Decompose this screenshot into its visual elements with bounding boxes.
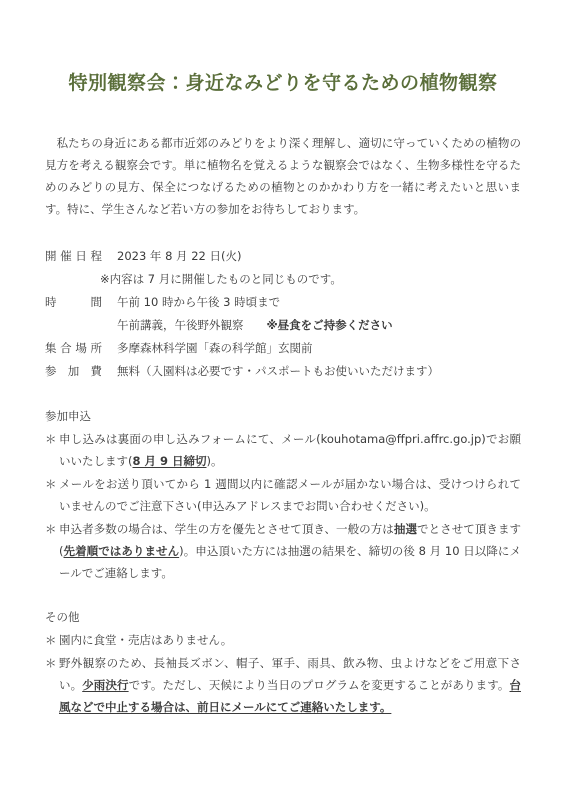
asterisk-marker: ＊ (45, 428, 59, 472)
application-heading: 参加申込 (45, 405, 521, 427)
application-item-text: メールをお送り頂いてから 1 週間以内に確認メールが届かない場合は、受けつけられ… (59, 473, 521, 517)
detail-value-meeting-place: 多摩森林科学園「森の科学館」玄関前 (117, 337, 521, 360)
flyer-page: 特別観察会：身近なみどりを守るための植物観察 私たちの身近にある都市近郊のみどり… (0, 0, 566, 800)
detail-value-time: 午前 10 時から午後 3 時頃まで (117, 291, 521, 314)
detail-row-date: 開催日程 2023 年 8 月 22 日(火) (45, 245, 521, 268)
detail-row-time: 時間 午前 10 時から午後 3 時頃まで (45, 291, 521, 314)
detail-value-program: 午前講義，午後野外観察 ※昼食をご持参ください (117, 314, 521, 337)
event-details: 開催日程 2023 年 8 月 22 日(火) ※内容は 7 月に開催したものと… (45, 245, 521, 383)
detail-label-program (45, 314, 102, 337)
other-item-text: 野外観察のため、長袖長ズボン、帽子、軍手、雨具、飲み物、虫よけなどをご用意下さい… (59, 652, 521, 718)
list-item: ＊ メールをお送り頂いてから 1 週間以内に確認メールが届かない場合は、受けつけ… (45, 473, 521, 517)
detail-value-date: 2023 年 8 月 22 日(火) (117, 245, 521, 268)
detail-row-program: 午前講義，午後野外観察 ※昼食をご持参ください (45, 314, 521, 337)
application-item-text: 申し込みは裏面の申し込みフォームにて、メール(kouhotama@ffpri.a… (59, 428, 521, 472)
application-item-text: 申込者多数の場合は、学生の方を優先とさせて頂き、一般の方は抽選でとさせて頂きます… (59, 518, 521, 584)
application-section: 参加申込 ＊ 申し込みは裏面の申し込みフォームにて、メール(kouhotama@… (45, 405, 521, 584)
detail-value-fee: 無料（入園料は必要です・パスポートもお使いいただけます） (117, 360, 521, 383)
detail-label-meeting-place: 集合場所 (45, 337, 102, 360)
detail-row-meeting-place: 集合場所 多摩森林科学園「森の科学館」玄関前 (45, 337, 521, 360)
asterisk-marker: ＊ (45, 652, 59, 718)
list-item: ＊ 園内に食堂・売店はありません。 (45, 629, 521, 651)
page-title: 特別観察会：身近なみどりを守るための植物観察 (45, 70, 521, 96)
asterisk-marker: ＊ (45, 518, 59, 584)
list-item: ＊ 申込者多数の場合は、学生の方を優先とさせて頂き、一般の方は抽選でとさせて頂き… (45, 518, 521, 584)
detail-row-fee: 参加費 無料（入園料は必要です・パスポートもお使いいただけます） (45, 360, 521, 383)
other-section: その他 ＊ 園内に食堂・売店はありません。 ＊ 野外観察のため、長袖長ズボン、帽… (45, 606, 521, 718)
detail-label-fee: 参加費 (45, 360, 102, 383)
list-item: ＊ 野外観察のため、長袖長ズボン、帽子、軍手、雨具、飲み物、虫よけなどをご用意下… (45, 652, 521, 718)
other-item-text: 園内に食堂・売店はありません。 (59, 629, 521, 651)
list-item: ＊ 申し込みは裏面の申し込みフォームにて、メール(kouhotama@ffpri… (45, 428, 521, 472)
detail-value-date-note: ※内容は 7 月に開催したものと同じものです。 (100, 268, 521, 291)
intro-paragraph: 私たちの身近にある都市近郊のみどりをより深く理解し、適切に守っていくための植物の… (45, 132, 521, 220)
asterisk-marker: ＊ (45, 473, 59, 517)
detail-label-time: 時間 (45, 291, 102, 314)
other-heading: その他 (45, 606, 521, 628)
detail-label-date: 開催日程 (45, 245, 102, 268)
detail-row-date-note: ※内容は 7 月に開催したものと同じものです。 (45, 268, 521, 291)
asterisk-marker: ＊ (45, 629, 59, 651)
